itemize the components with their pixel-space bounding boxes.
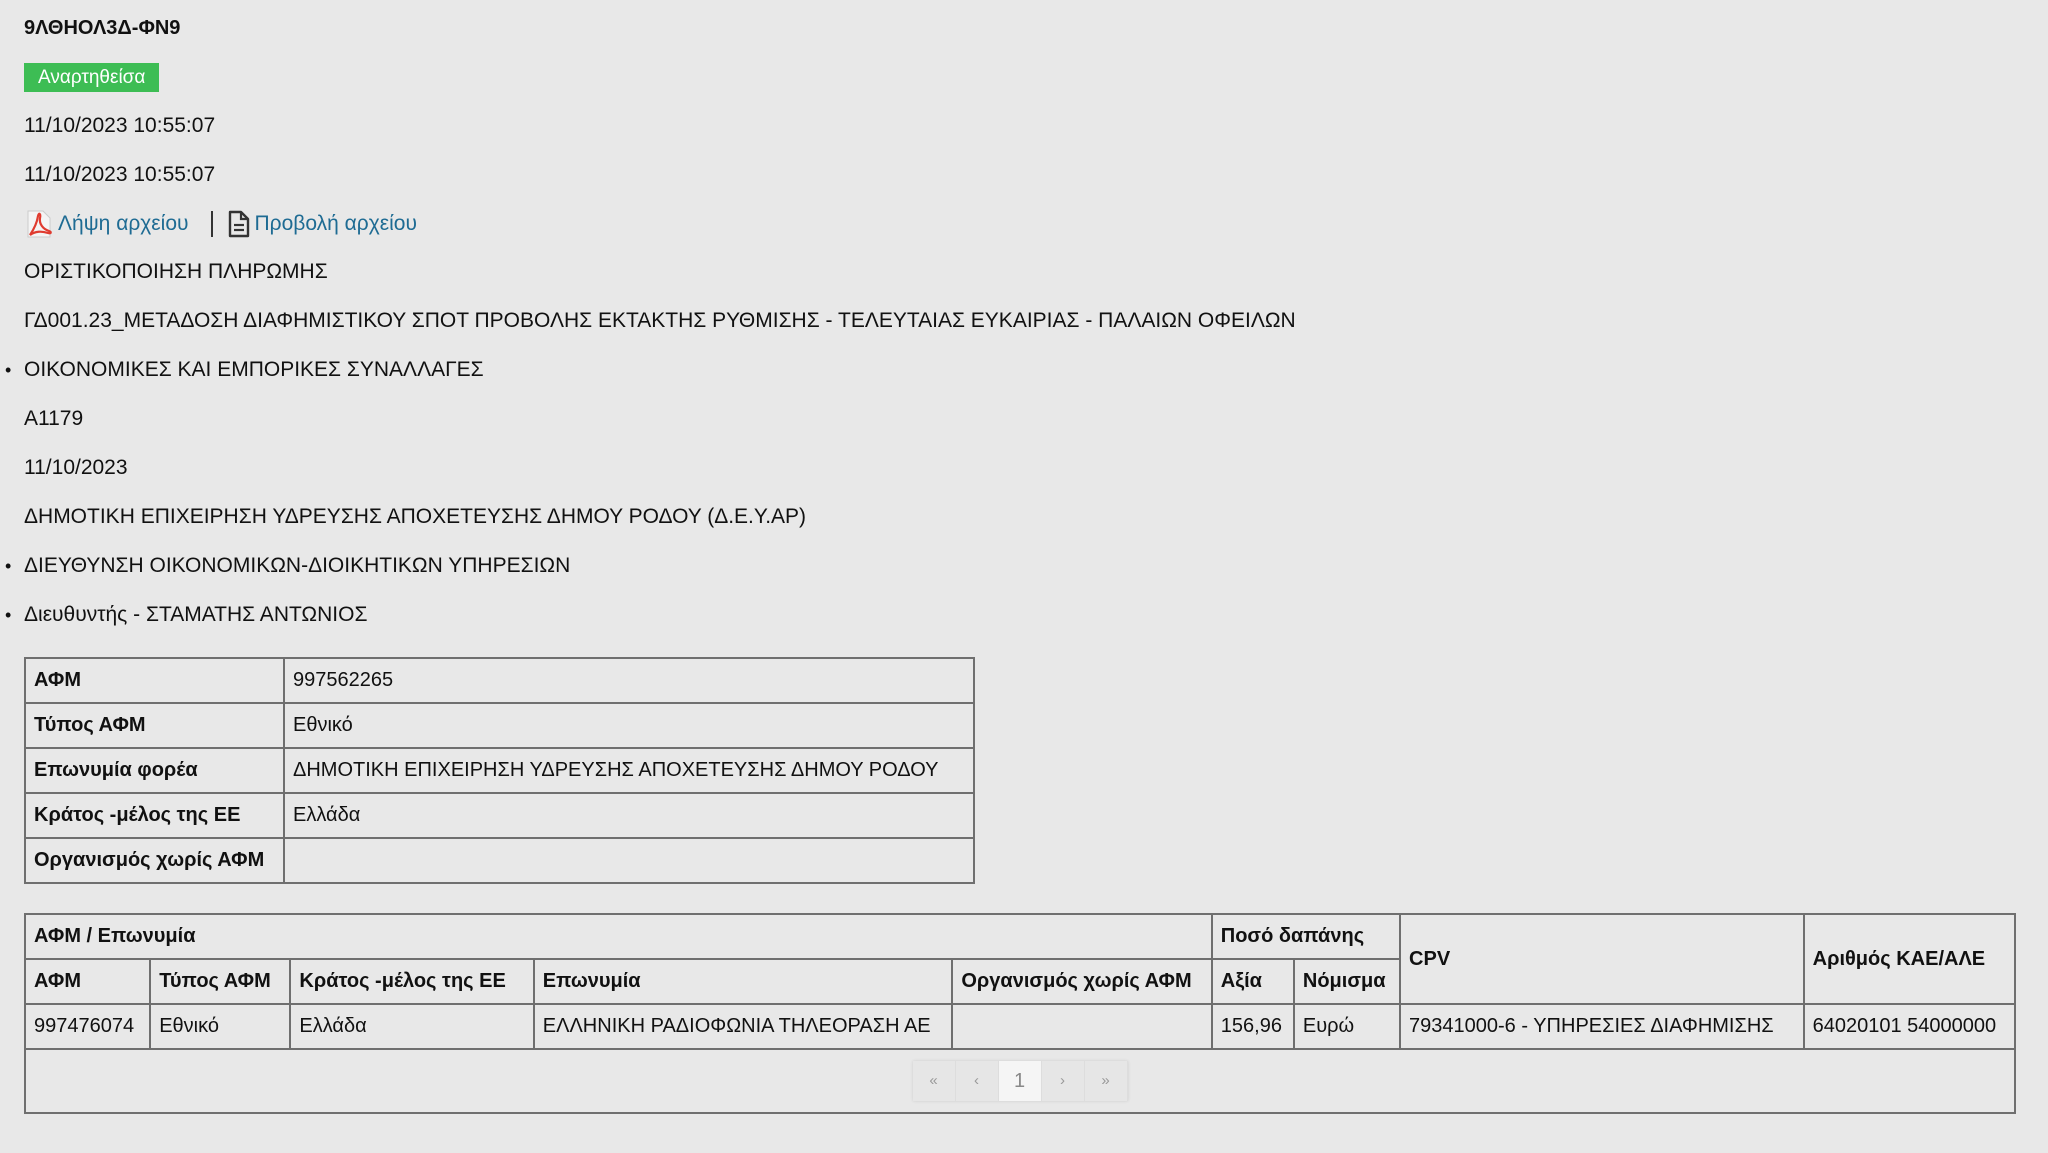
thematic-category: ΟΙΚΟΝΟΜΙΚΕΣ ΚΑΙ ΕΜΠΟΡΙΚΕΣ ΣΥΝΑΛΛΑΓΕΣ [24, 356, 484, 384]
cell-cpv: 79341000-6 - ΥΠΗΡΕΣΙΕΣ ΔΙΑΦΗΜΙΣΗΣ [1400, 1004, 1804, 1049]
cell-currency: Ευρώ [1294, 1004, 1400, 1049]
col-name: Επωνυμία [534, 959, 953, 1004]
row-label: Τύπος ΑΦΜ [25, 703, 284, 748]
pagination: « ‹ 1 › » [913, 1061, 1128, 1101]
row-label: ΑΦΜ [25, 658, 284, 703]
submission-timestamp: 11/10/2023 10:55:07 [24, 112, 215, 140]
cell-country: Ελλάδα [290, 1004, 533, 1049]
organization: ΔΗΜΟΤΙΚΗ ΕΠΙΧΕΙΡΗΣΗ ΥΔΡΕΥΣΗΣ ΑΠΟΧΕΤΕΥΣΗΣ… [24, 503, 806, 531]
pagination-row: « ‹ 1 › » [25, 1049, 2015, 1113]
view-file-link[interactable]: Προβολή αρχείου [227, 210, 417, 238]
cell-afm-type: Εθνικό [150, 1004, 290, 1049]
col-afm-type: Τύπος ΑΦΜ [150, 959, 290, 1004]
cell-value: 156,96 [1212, 1004, 1294, 1049]
signer: Διευθυντής - ΣΤΑΜΑΤΗΣ ΑΝΤΩΝΙΟΣ [24, 601, 367, 629]
protocol-number: Α1179 [24, 405, 83, 433]
view-file-label[interactable]: Προβολή αρχείου [255, 210, 417, 238]
current-page-button[interactable]: 1 [999, 1061, 1042, 1101]
row-label: Κράτος -μέλος της ΕΕ [25, 793, 284, 838]
first-page-button[interactable]: « [913, 1061, 956, 1101]
download-file-label[interactable]: Λήψη αρχείου [58, 210, 189, 238]
col-afm: ΑΦΜ [25, 959, 150, 1004]
row-value: Εθνικό [284, 703, 974, 748]
cpv-header: CPV [1400, 914, 1804, 1004]
cell-afm: 997476074 [25, 1004, 150, 1049]
row-label: Επωνυμία φορέα [25, 748, 284, 793]
decision-subject: ΓΔ001.23_ΜΕΤΑΔΟΣΗ ΔΙΑΦΗΜΙΣΤΙΚΟΥ ΣΠΟΤ ΠΡΟ… [24, 307, 1296, 335]
row-value: Ελλάδα [284, 793, 974, 838]
issue-date: 11/10/2023 [24, 454, 128, 482]
col-currency: Νόμισμα [1294, 959, 1400, 1004]
table-row: Τύπος ΑΦΜ Εθνικό [25, 703, 974, 748]
organization-unit: ΔΙΕΥΘΥΝΣΗ ΟΙΚΟΝΟΜΙΚΩΝ-ΔΙΟΙΚΗΤΙΚΩΝ ΥΠΗΡΕΣ… [24, 552, 570, 580]
pagination-cell: « ‹ 1 › » [25, 1049, 2015, 1113]
expense-table: ΑΦΜ / Επωνυμία Ποσό δαπάνης CPV Αριθμός … [24, 913, 2016, 1114]
cell-name: ΕΛΛΗΝΙΚΗ ΡΑΔΙΟΦΩΝΙΑ ΤΗΛΕΟΡΑΣΗ ΑΕ [534, 1004, 953, 1049]
publish-timestamp: 11/10/2023 10:55:07 [24, 161, 215, 189]
group-header-row: ΑΦΜ / Επωνυμία Ποσό δαπάνης CPV Αριθμός … [25, 914, 2015, 959]
payee-group-header: ΑΦΜ / Επωνυμία [25, 914, 1212, 959]
row-value: 997562265 [284, 658, 974, 703]
status-badge: Αναρτηθείσα [24, 63, 159, 92]
last-page-button[interactable]: » [1085, 1061, 1128, 1101]
pdf-icon [24, 209, 54, 239]
cell-kae: 64020101 54000000 [1804, 1004, 2015, 1049]
table-row: Οργανισμός χωρίς ΑΦΜ [25, 838, 974, 883]
col-no-afm-org: Οργανισμός χωρίς ΑΦΜ [952, 959, 1211, 1004]
document-icon [227, 210, 251, 238]
col-value: Αξία [1212, 959, 1294, 1004]
kae-header: Αριθμός ΚΑΕ/ΑΛΕ [1804, 914, 2015, 1004]
link-separator [211, 211, 213, 237]
ada-code: 9ΛΘΗΟΛ3Δ-ΦΝ9 [24, 14, 180, 42]
table-row: 997476074 Εθνικό Ελλάδα ΕΛΛΗΝΙΚΗ ΡΑΔΙΟΦΩ… [25, 1004, 2015, 1049]
cell-no-afm-org [952, 1004, 1211, 1049]
table-row: ΑΦΜ 997562265 [25, 658, 974, 703]
row-value: ΔΗΜΟΤΙΚΗ ΕΠΙΧΕΙΡΗΣΗ ΥΔΡΕΥΣΗΣ ΑΠΟΧΕΤΕΥΣΗΣ… [284, 748, 974, 793]
organization-table: ΑΦΜ 997562265 Τύπος ΑΦΜ Εθνικό Επωνυμία … [24, 657, 975, 884]
decision-type: ΟΡΙΣΤΙΚΟΠΟΙΗΣΗ ΠΛΗΡΩΜΗΣ [24, 258, 328, 286]
file-links: Λήψη αρχείου Προβολή αρχείου [24, 209, 417, 239]
table-row: Κράτος -μέλος της ΕΕ Ελλάδα [25, 793, 974, 838]
table-row: Επωνυμία φορέα ΔΗΜΟΤΙΚΗ ΕΠΙΧΕΙΡΗΣΗ ΥΔΡΕΥ… [25, 748, 974, 793]
amount-group-header: Ποσό δαπάνης [1212, 914, 1400, 959]
col-country: Κράτος -μέλος της ΕΕ [290, 959, 533, 1004]
prev-page-button[interactable]: ‹ [956, 1061, 999, 1101]
row-value [284, 838, 974, 883]
download-file-link[interactable]: Λήψη αρχείου [24, 209, 189, 239]
row-label: Οργανισμός χωρίς ΑΦΜ [25, 838, 284, 883]
next-page-button[interactable]: › [1042, 1061, 1085, 1101]
